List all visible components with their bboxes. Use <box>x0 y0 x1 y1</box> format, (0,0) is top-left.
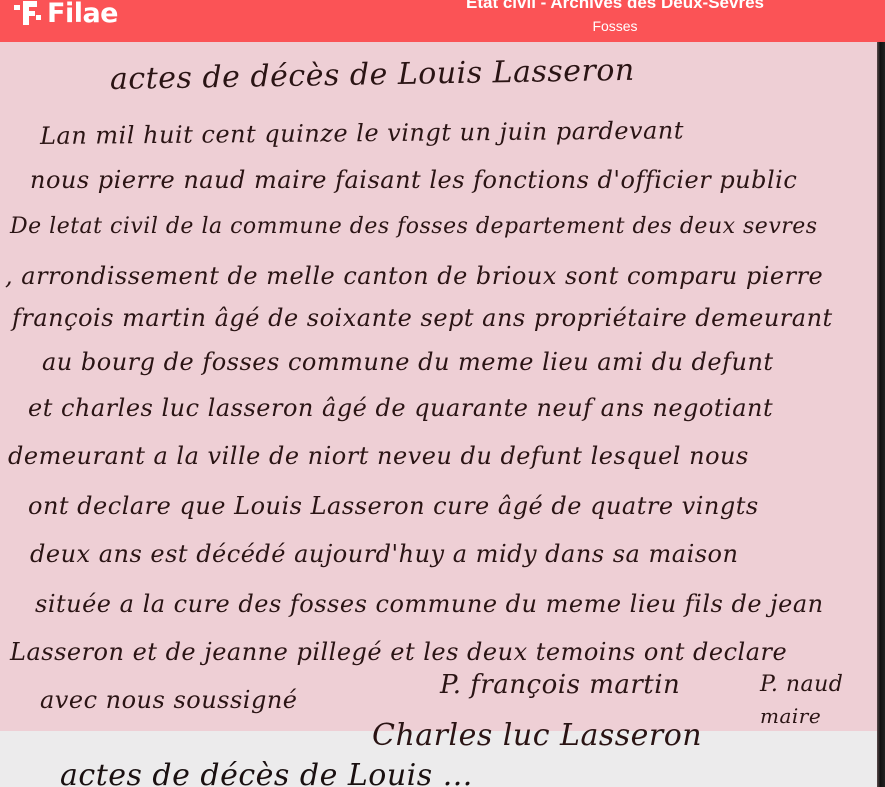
manuscript-line: De letat civil de la commune des fosses … <box>10 214 818 239</box>
signature-naud: P. naud <box>760 672 843 697</box>
signature-martin: P. françois martin <box>440 670 680 700</box>
document-viewer[interactable]: actes de décès de Louis Lasseron Lan mil… <box>0 42 885 787</box>
manuscript-line: Lan mil huit cent quinze le vingt un jui… <box>40 116 684 150</box>
manuscript-line: deux ans est décédé aujourd'huy a midy d… <box>30 540 738 568</box>
filae-logo[interactable]: Filae <box>14 0 118 29</box>
manuscript-line: , arrondissement de melle canton de brio… <box>5 262 823 290</box>
filae-logo-icon <box>14 0 44 27</box>
next-record-heading: actes de décès de Louis ... <box>60 758 473 787</box>
manuscript-line: nous pierre naud maire faisant les fonct… <box>30 166 797 194</box>
manuscript-line: au bourg de fosses commune du meme lieu … <box>42 348 774 376</box>
manuscript-line: ont declare que Louis Lasseron cure âgé … <box>28 492 759 520</box>
page-binding-edge <box>877 42 885 787</box>
signature-lasseron: Charles luc Lasseron <box>372 718 702 753</box>
record-heading: actes de décès de Louis Lasseron <box>110 53 635 97</box>
commune-subtitle: Fosses <box>345 18 885 34</box>
manuscript-line: située a la cure des fosses commune du m… <box>35 590 824 618</box>
record-titles: État civil - Archives des Deux-Sèvres Fo… <box>345 0 885 34</box>
manuscript-line: avec nous soussigné <box>40 686 298 714</box>
signature-maire: maire <box>760 704 821 728</box>
archive-title: État civil - Archives des Deux-Sèvres <box>345 0 885 13</box>
manuscript-line: et charles luc lasseron âgé de quarante … <box>28 394 773 422</box>
manuscript-text: actes de décès de Louis Lasseron Lan mil… <box>0 42 877 787</box>
manuscript-line: demeurant a la ville de niort neveu du d… <box>8 442 749 470</box>
manuscript-line: Lasseron et de jeanne pillegé et les deu… <box>10 638 787 666</box>
app-header: Filae État civil - Archives des Deux-Sèv… <box>0 0 885 42</box>
brand-name: Filae <box>47 0 118 27</box>
manuscript-line: françois martin âgé de soixante sept ans… <box>12 304 833 332</box>
